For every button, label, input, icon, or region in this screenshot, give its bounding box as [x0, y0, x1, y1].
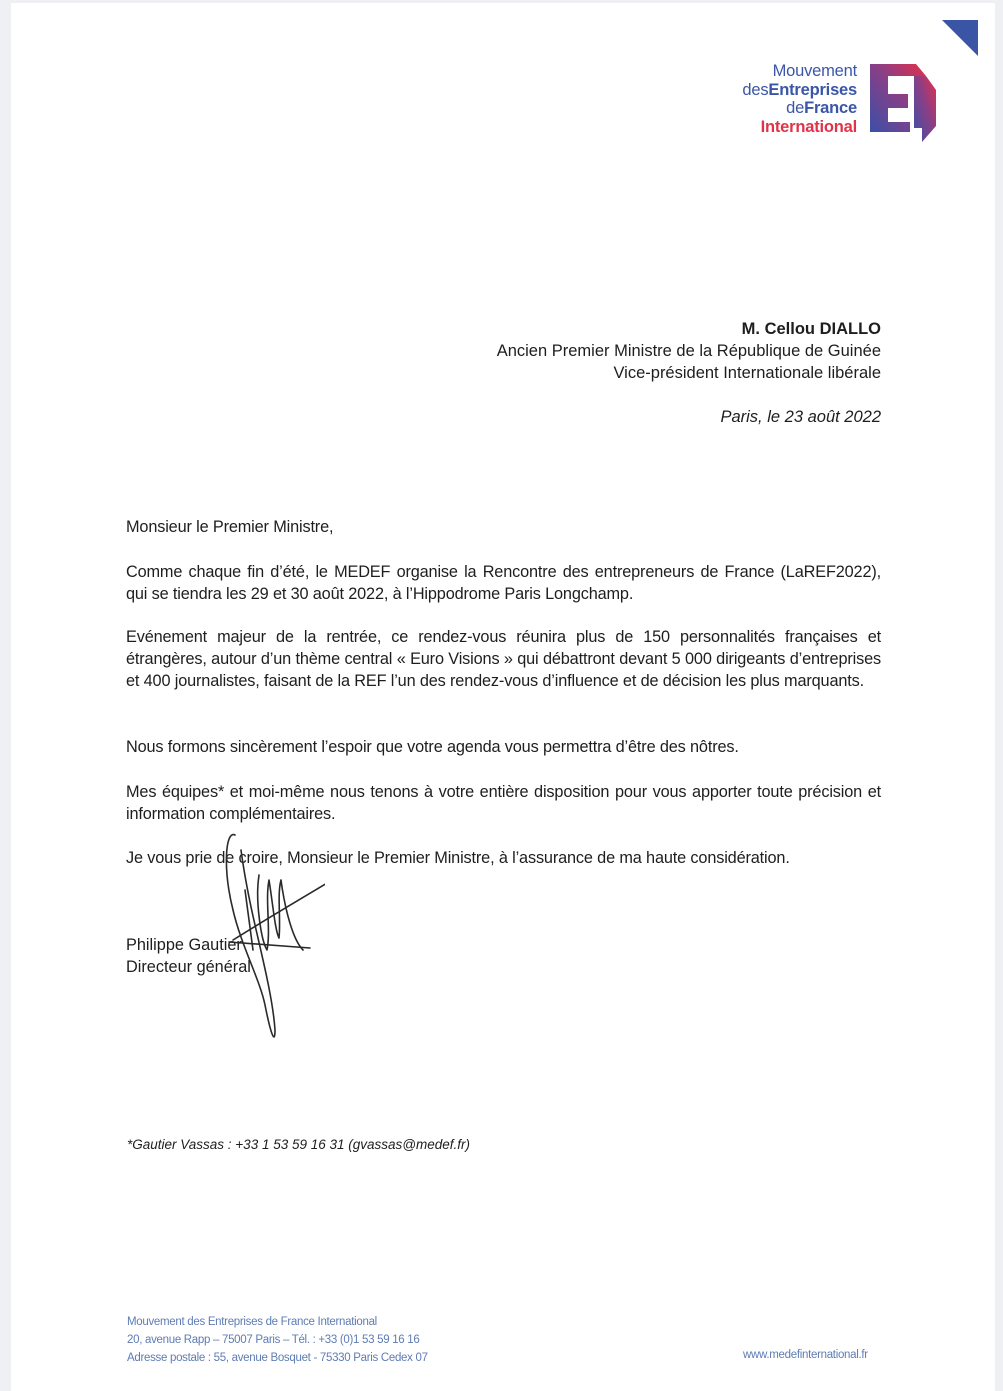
logo-line-1: Mouvement	[742, 62, 857, 81]
letter-date: Paris, le 23 août 2022	[720, 406, 881, 428]
recipient-name: M. Cellou DIALLO	[497, 318, 881, 340]
salutation: Monsieur le Premier Ministre,	[126, 516, 881, 538]
medef-international-e-logo-icon	[866, 62, 938, 144]
logo-line-3: deFrance	[742, 99, 857, 118]
footer-street-address: 20, avenue Rapp – 75007 Paris – Tél. : +…	[127, 1331, 428, 1349]
footer-address: Mouvement des Entreprises de France Inte…	[127, 1313, 428, 1367]
paragraph-4: Mes équipes* et moi-même nous tenons à v…	[126, 781, 881, 825]
corner-triangle-icon	[942, 20, 978, 56]
recipient-title-1: Ancien Premier Ministre de la République…	[497, 340, 881, 362]
handwritten-signature-icon	[215, 830, 325, 1045]
recipient-title-2: Vice-président Internationale libérale	[497, 362, 881, 384]
paragraph-3: Nous formons sincèrement l’espoir que vo…	[126, 736, 881, 758]
paragraph-2: Evénement majeur de la rentrée, ce rende…	[126, 626, 881, 692]
footer-postal-address: Adresse postale : 55, avenue Bosquet - 7…	[127, 1349, 428, 1367]
footer-website-link[interactable]: www.medefinternational.fr	[743, 1349, 868, 1361]
paragraph-1: Comme chaque fin d’été, le MEDEF organis…	[126, 561, 881, 605]
logo-line-2: desEntreprises	[742, 81, 857, 100]
letter-page	[11, 3, 995, 1391]
organization-logo-text: Mouvement desEntreprises deFrance Intern…	[742, 62, 857, 136]
logo-line-4: International	[742, 118, 857, 137]
recipient-block: M. Cellou DIALLO Ancien Premier Ministre…	[497, 318, 881, 384]
footnote-contact: *Gautier Vassas : +33 1 53 59 16 31 (gva…	[127, 1137, 470, 1152]
footer-org: Mouvement des Entreprises de France Inte…	[127, 1313, 428, 1331]
